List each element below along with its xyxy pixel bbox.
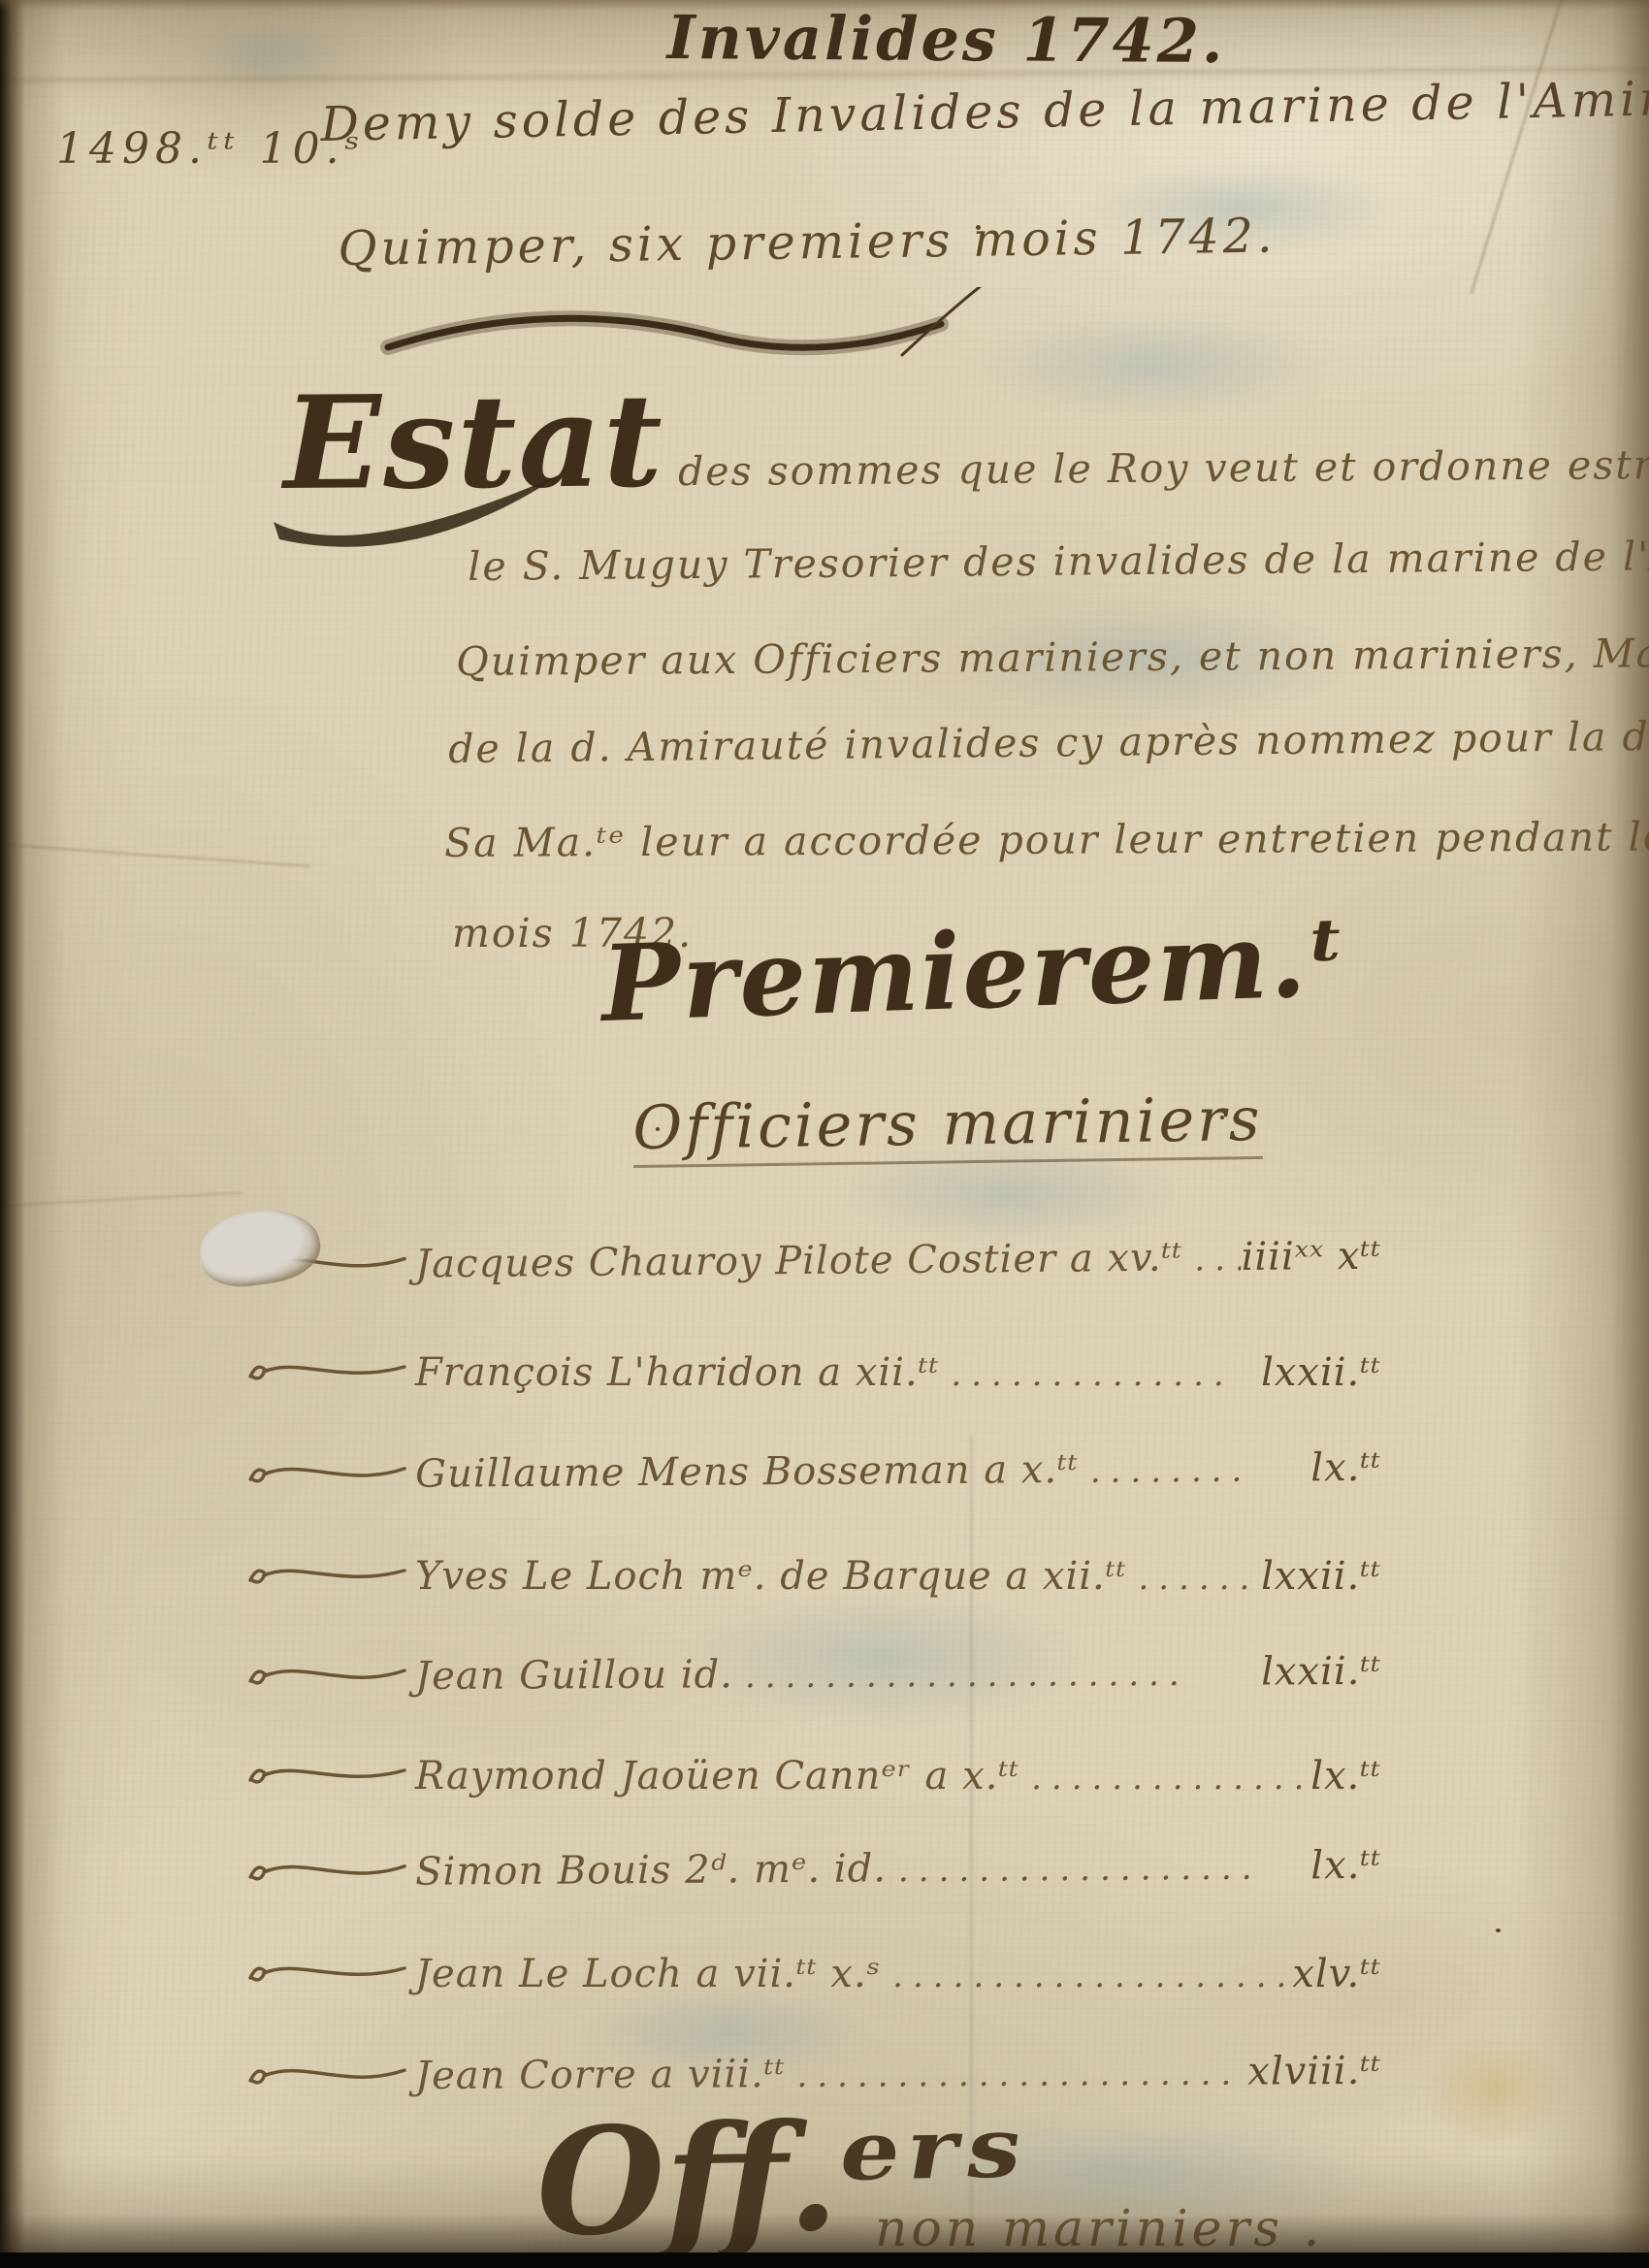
subsection-heading: Officiers mariniers — [632, 1084, 1263, 1168]
scan-edge-right — [1610, 0, 1649, 2268]
entry-flourish-icon — [244, 1755, 409, 1798]
dot-leader: ........ — [1079, 1450, 1311, 1491]
entry-amount: lx.ᵗᵗ — [1310, 1843, 1381, 1889]
roster-entry: Jacques Chauroy Pilote Costier a xv.ᵗᵗ .… — [244, 1234, 1381, 1288]
paragraph-line-3: Quimper aux Officiers mariniers, et non … — [456, 628, 1649, 685]
entry-name: Raymond Jaoüen Cannᵉʳ a x.ᵗᵗ — [415, 1754, 1019, 1798]
entry-flourish-icon — [244, 1351, 409, 1394]
entry-name: Jacques Chauroy Pilote Costier a xv.ᵗᵗ — [415, 1236, 1182, 1287]
roster-entry: Simon Bouis 2ᵈ. mᵉ. id. ................… — [244, 1843, 1381, 1895]
roster-entry: Jean Le Loch a vii.ᵗᵗ x.ˢ ..............… — [244, 1952, 1381, 1996]
entry-amount: lx.ᵗᵗ — [1310, 1754, 1381, 1798]
entry-name: Simon Bouis 2ᵈ. mᵉ. id. — [415, 1846, 887, 1894]
paragraph-line-4: de la d. Amirauté invalides cy après nom… — [448, 709, 1649, 772]
paper-crease — [0, 1191, 242, 1208]
ink-speck — [656, 1127, 660, 1131]
paper-crease — [0, 842, 310, 867]
margin-amount-note: 1498.ᵗᵗ 10.ˢ — [56, 124, 365, 174]
section-heading: Premierem.ᵗ — [599, 897, 1350, 1046]
scan-edge-left — [0, 0, 25, 2268]
paragraph-line-1: des sommes que le Roy veut et ordonne es… — [678, 440, 1649, 495]
dot-leader: ...... — [1182, 1240, 1242, 1280]
entry-amount: lx.ᵗᵗ — [1310, 1445, 1381, 1491]
entry-flourish-icon — [244, 1555, 409, 1598]
entry-name: François L'haridon a xii.ᵗᵗ — [415, 1350, 939, 1395]
ink-speck — [1220, 1116, 1224, 1119]
entry-amount: lxxii.ᵗᵗ — [1261, 1554, 1381, 1599]
dot-leader: ......... — [1127, 1559, 1262, 1598]
roster-entry: Guillaume Mens Bosseman a x.ᵗᵗ ........ … — [244, 1445, 1381, 1498]
entry-amount: lxxii.ᵗᵗ — [1261, 1350, 1381, 1395]
entry-flourish-icon — [244, 1851, 409, 1895]
bleedthrough-stain — [194, 19, 349, 87]
roster-entry: Yves Le Loch mᵉ. de Barque a xii.ᵗᵗ ....… — [244, 1554, 1381, 1599]
dot-leader: .............. — [1019, 1759, 1310, 1798]
paragraph-line-2: le S. Muguy Tresorier des invalides de l… — [468, 531, 1649, 590]
scan-edge-bottom — [0, 2252, 1649, 2268]
scan-edge-top — [0, 0, 1649, 10]
scan-edge-shadow — [0, 2214, 1649, 2254]
entry-flourish-icon — [244, 1953, 409, 1995]
foxing-stain — [1424, 2035, 1569, 2147]
ink-speck — [976, 225, 981, 230]
dot-leader: ...................... — [733, 1655, 1261, 1697]
manuscript-page: Invalides 1742. 1498.ᵗᵗ 10.ˢ Demy solde … — [0, 0, 1649, 2268]
roster-entry: Raymond Jaoüen Cannᵉʳ a x.ᵗᵗ ...........… — [244, 1754, 1381, 1798]
roster-entry: François L'haridon a xii.ᵗᵗ ............… — [244, 1350, 1381, 1395]
entry-flourish-icon — [244, 1655, 409, 1699]
entry-amount: xlv.ᵗᵗ — [1292, 1952, 1381, 1996]
ink-speck — [1496, 1928, 1501, 1932]
dot-leader: .............. — [939, 1355, 1261, 1394]
heading-line-1: Demy solde des Invalides de la marine de… — [320, 67, 1649, 152]
entry-name: Guillaume Mens Bosseman a x.ᵗᵗ — [415, 1447, 1079, 1497]
entry-amount: iiiiˣˣ xᵗᵗ — [1241, 1234, 1381, 1280]
entry-flourish-icon — [244, 2055, 409, 2098]
dot-leader: .................. — [887, 1848, 1311, 1890]
paragraph-line-5: Sa Ma.ᵗᵉ leur a accordée pour leur entre… — [444, 812, 1649, 866]
entry-amount: lxxii.ᵗᵗ — [1261, 1649, 1381, 1695]
document-title: Invalides 1742. — [666, 2, 1225, 77]
dot-leader: .................... — [881, 1957, 1292, 1995]
entry-name: Yves Le Loch mᵉ. de Barque a xii.ᵗᵗ — [415, 1554, 1127, 1599]
roster-entry: Jean Guillou id. ...................... … — [244, 1649, 1381, 1700]
heading-line-2: Quimper, six premiers mois 1742. — [338, 208, 1277, 275]
entry-amount: xlviii.ᵗᵗ — [1247, 2049, 1381, 2094]
entry-name: Jean Guillou id. — [415, 1652, 733, 1699]
entry-flourish-icon — [244, 1453, 409, 1497]
entry-name: Jean Le Loch a vii.ᵗᵗ x.ˢ — [415, 1952, 881, 1996]
paper-crease — [1470, 0, 1568, 294]
